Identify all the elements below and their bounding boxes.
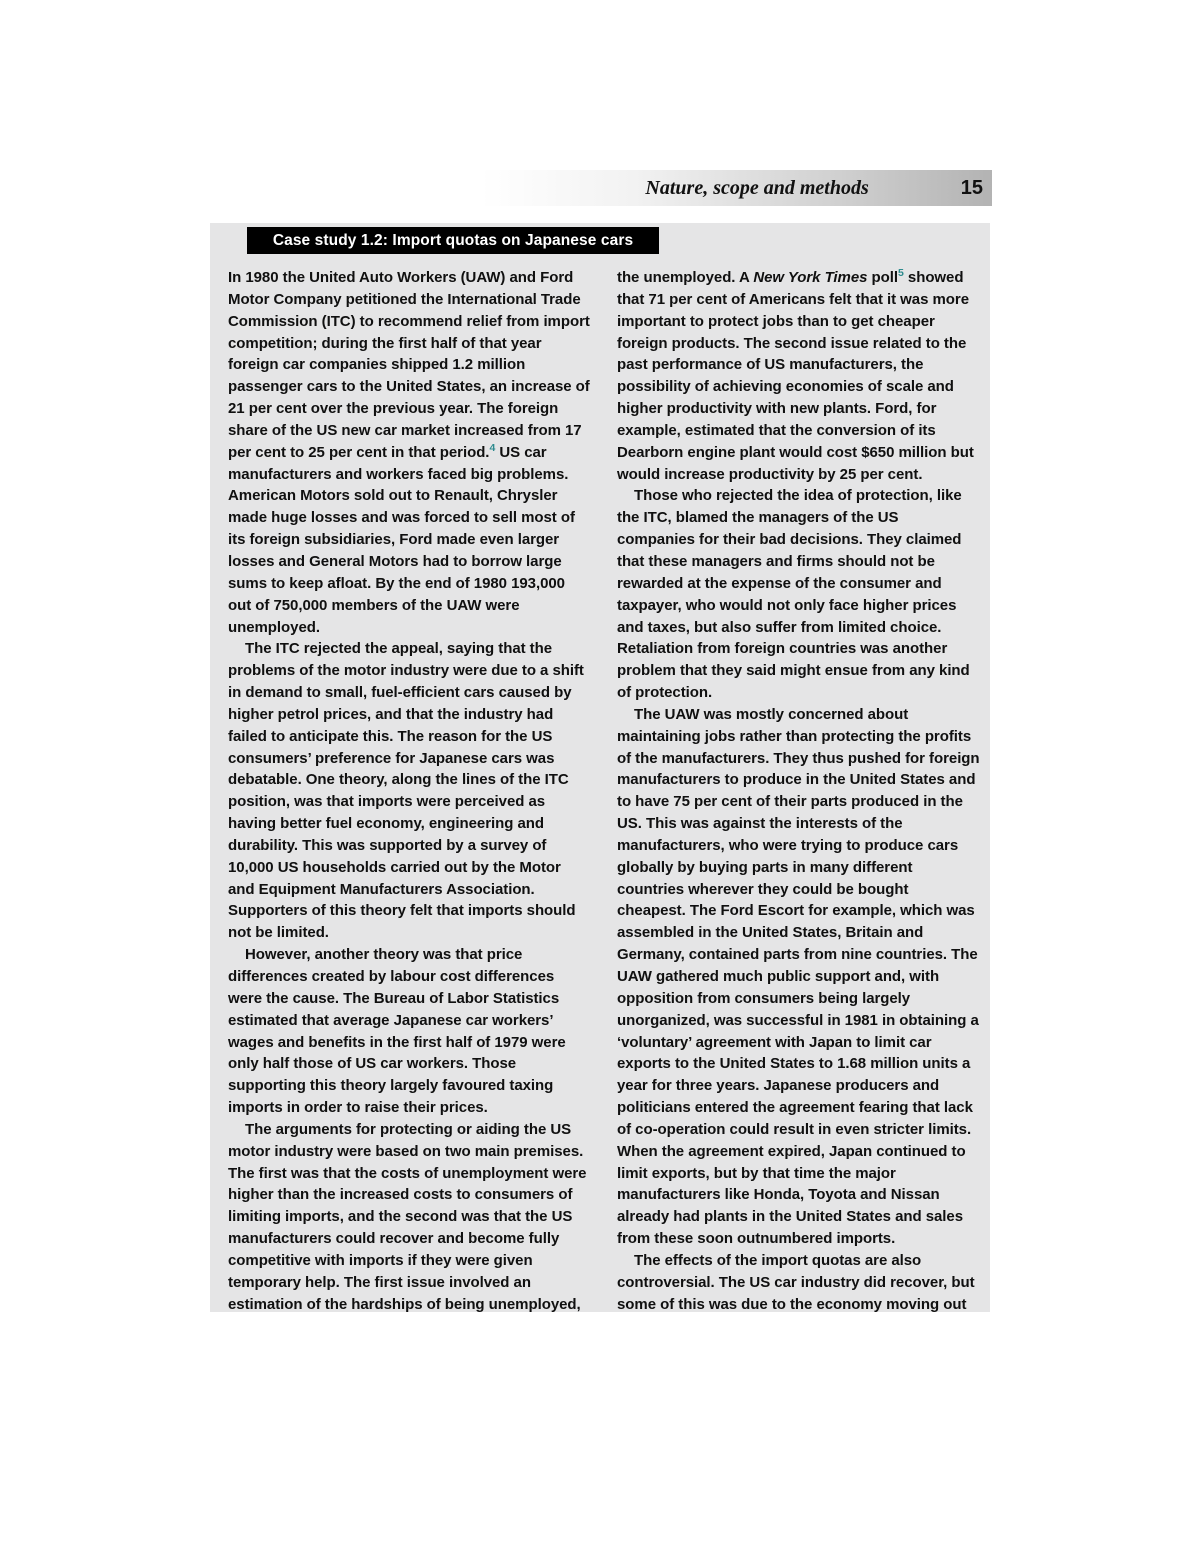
paragraph: The arguments for protecting or aiding t… bbox=[228, 1119, 591, 1312]
text-run: The effects of the import quotas are als… bbox=[617, 1252, 975, 1312]
text-run: The ITC rejected the appeal, saying that… bbox=[228, 640, 584, 941]
paragraph: However, another theory was that price d… bbox=[228, 944, 591, 1119]
paragraph: Those who rejected the idea of protectio… bbox=[617, 485, 980, 703]
chapter-title: Nature, scope and methods bbox=[645, 177, 868, 200]
text-run: The arguments for protecting or aiding t… bbox=[228, 1121, 586, 1312]
text-run: the unemployed. A bbox=[617, 269, 753, 286]
text-run: US car manufacturers and workers faced b… bbox=[228, 444, 575, 636]
text-run: showed that 71 per cent of Americans fel… bbox=[617, 269, 974, 483]
text-run: However, another theory was that price d… bbox=[228, 946, 566, 1116]
paragraph: In 1980 the United Auto Workers (UAW) an… bbox=[228, 267, 591, 638]
text-run: Those who rejected the idea of protectio… bbox=[617, 487, 970, 701]
case-study-panel: Case study 1.2: Import quotas on Japanes… bbox=[210, 223, 990, 1312]
book-page: Nature, scope and methods 15 Case study … bbox=[0, 0, 1200, 1553]
paragraph: The UAW was mostly concerned about maint… bbox=[617, 704, 980, 1250]
paragraph: The effects of the import quotas are als… bbox=[617, 1250, 980, 1312]
text-columns: In 1980 the United Auto Workers (UAW) an… bbox=[228, 267, 980, 1312]
running-header: Nature, scope and methods 15 bbox=[481, 170, 992, 206]
paragraph: The ITC rejected the appeal, saying that… bbox=[228, 638, 591, 944]
text-run: poll bbox=[867, 269, 898, 286]
page-number: 15 bbox=[961, 177, 983, 200]
left-column: In 1980 the United Auto Workers (UAW) an… bbox=[228, 267, 591, 1312]
case-study-banner: Case study 1.2: Import quotas on Japanes… bbox=[247, 227, 659, 254]
paragraph: the unemployed. A New York Times poll5 s… bbox=[617, 267, 980, 485]
italic-text: New York Times bbox=[753, 269, 867, 286]
right-column: the unemployed. A New York Times poll5 s… bbox=[617, 267, 980, 1312]
text-run: The UAW was mostly concerned about maint… bbox=[617, 706, 980, 1247]
text-run: In 1980 the United Auto Workers (UAW) an… bbox=[228, 269, 590, 461]
